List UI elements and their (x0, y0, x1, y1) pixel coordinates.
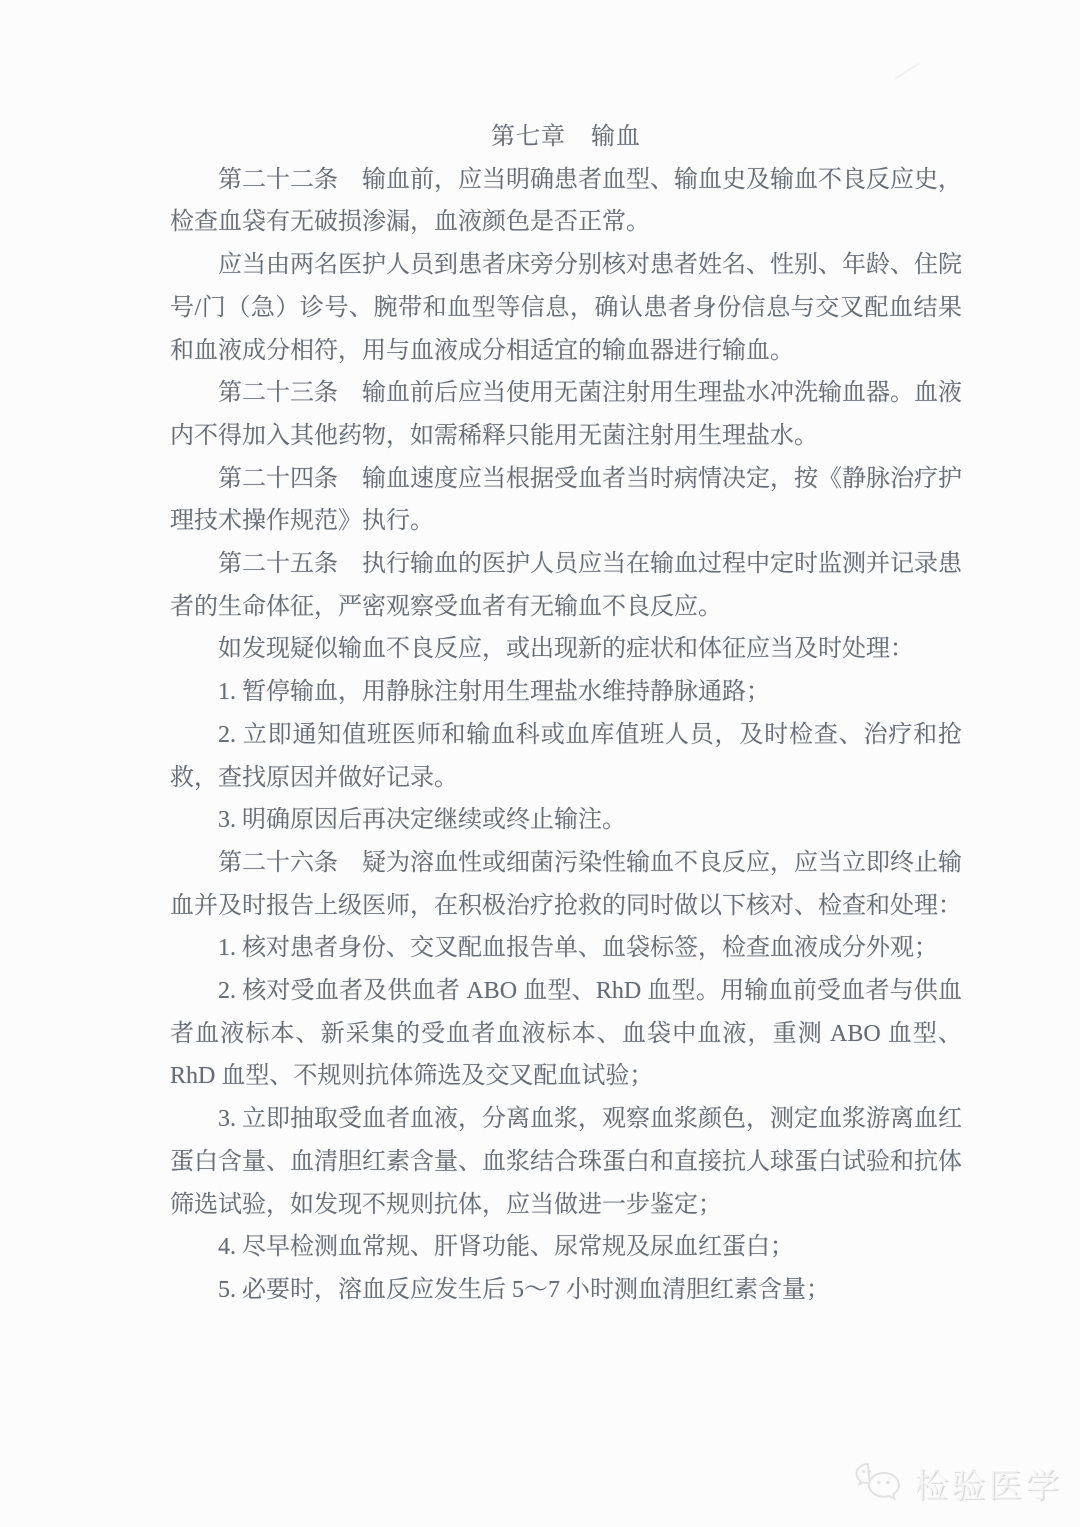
article-22-paragraph-1: 第二十二条 输血前，应当明确患者血型、输血史及输血不良反应史，检查血袋有无破损渗… (170, 159, 962, 244)
watermark-label: 检验医学 (914, 1458, 1062, 1507)
publisher-watermark: 检验医学 (854, 1458, 1062, 1507)
article-25-paragraph: 第二十五条 执行输血的医护人员应当在输血过程中定时监测并记录患者的生命体征，严密… (170, 543, 962, 628)
adverse-reaction-step-3: 3. 明确原因后再决定继续或终止输注。 (170, 799, 962, 842)
article-23-paragraph: 第二十三条 输血前后应当使用无菌注射用生理盐水冲洗输血器。血液内不得加入其他药物… (170, 372, 962, 457)
chapter-title: 第七章 输血 (170, 116, 962, 159)
adverse-reaction-step-1: 1. 暂停输血，用静脉注射用生理盐水维持静脉通路； (170, 671, 962, 714)
article-26-item-4: 4. 尽早检测血常规、肝肾功能、尿常规及尿血红蛋白； (170, 1226, 962, 1269)
document-body: 第七章 输血 第二十二条 输血前，应当明确患者血型、输血史及输血不良反应史，检查… (170, 116, 962, 1312)
article-26-paragraph: 第二十六条 疑为溶血性或细菌污染性输血不良反应，应当立即终止输血并及时报告上级医… (170, 842, 962, 927)
wechat-icon (854, 1461, 906, 1505)
article-26-item-5: 5. 必要时，溶血反应发生后 5～7 小时测血清胆红素含量； (170, 1269, 962, 1312)
adverse-reaction-step-2: 2. 立即通知值班医师和输血科或血库值班人员，及时检查、治疗和抢救，查找原因并做… (170, 714, 962, 799)
article-26-item-1: 1. 核对患者身份、交叉配血报告单、血袋标签，检查血液成分外观； (170, 927, 962, 970)
scan-artifact (895, 63, 920, 80)
article-26-item-2: 2. 核对受血者及供血者 ABO 血型、RhD 血型。用输血前受血者与供血者血液… (170, 970, 962, 1098)
adverse-reaction-intro: 如发现疑似输血不良反应，或出现新的症状和体征应当及时处理： (170, 628, 962, 671)
article-22-paragraph-2: 应当由两名医护人员到患者床旁分别核对患者姓名、性别、年龄、住院号/门（急）诊号、… (170, 244, 962, 372)
article-24-paragraph: 第二十四条 输血速度应当根据受血者当时病情决定，按《静脉治疗护理技术操作规范》执… (170, 458, 962, 543)
article-26-item-3: 3. 立即抽取受血者血液，分离血浆，观察血浆颜色，测定血浆游离血红蛋白含量、血清… (170, 1098, 962, 1226)
document-page: 第七章 输血 第二十二条 输血前，应当明确患者血型、输血史及输血不良反应史，检查… (0, 0, 1080, 1527)
